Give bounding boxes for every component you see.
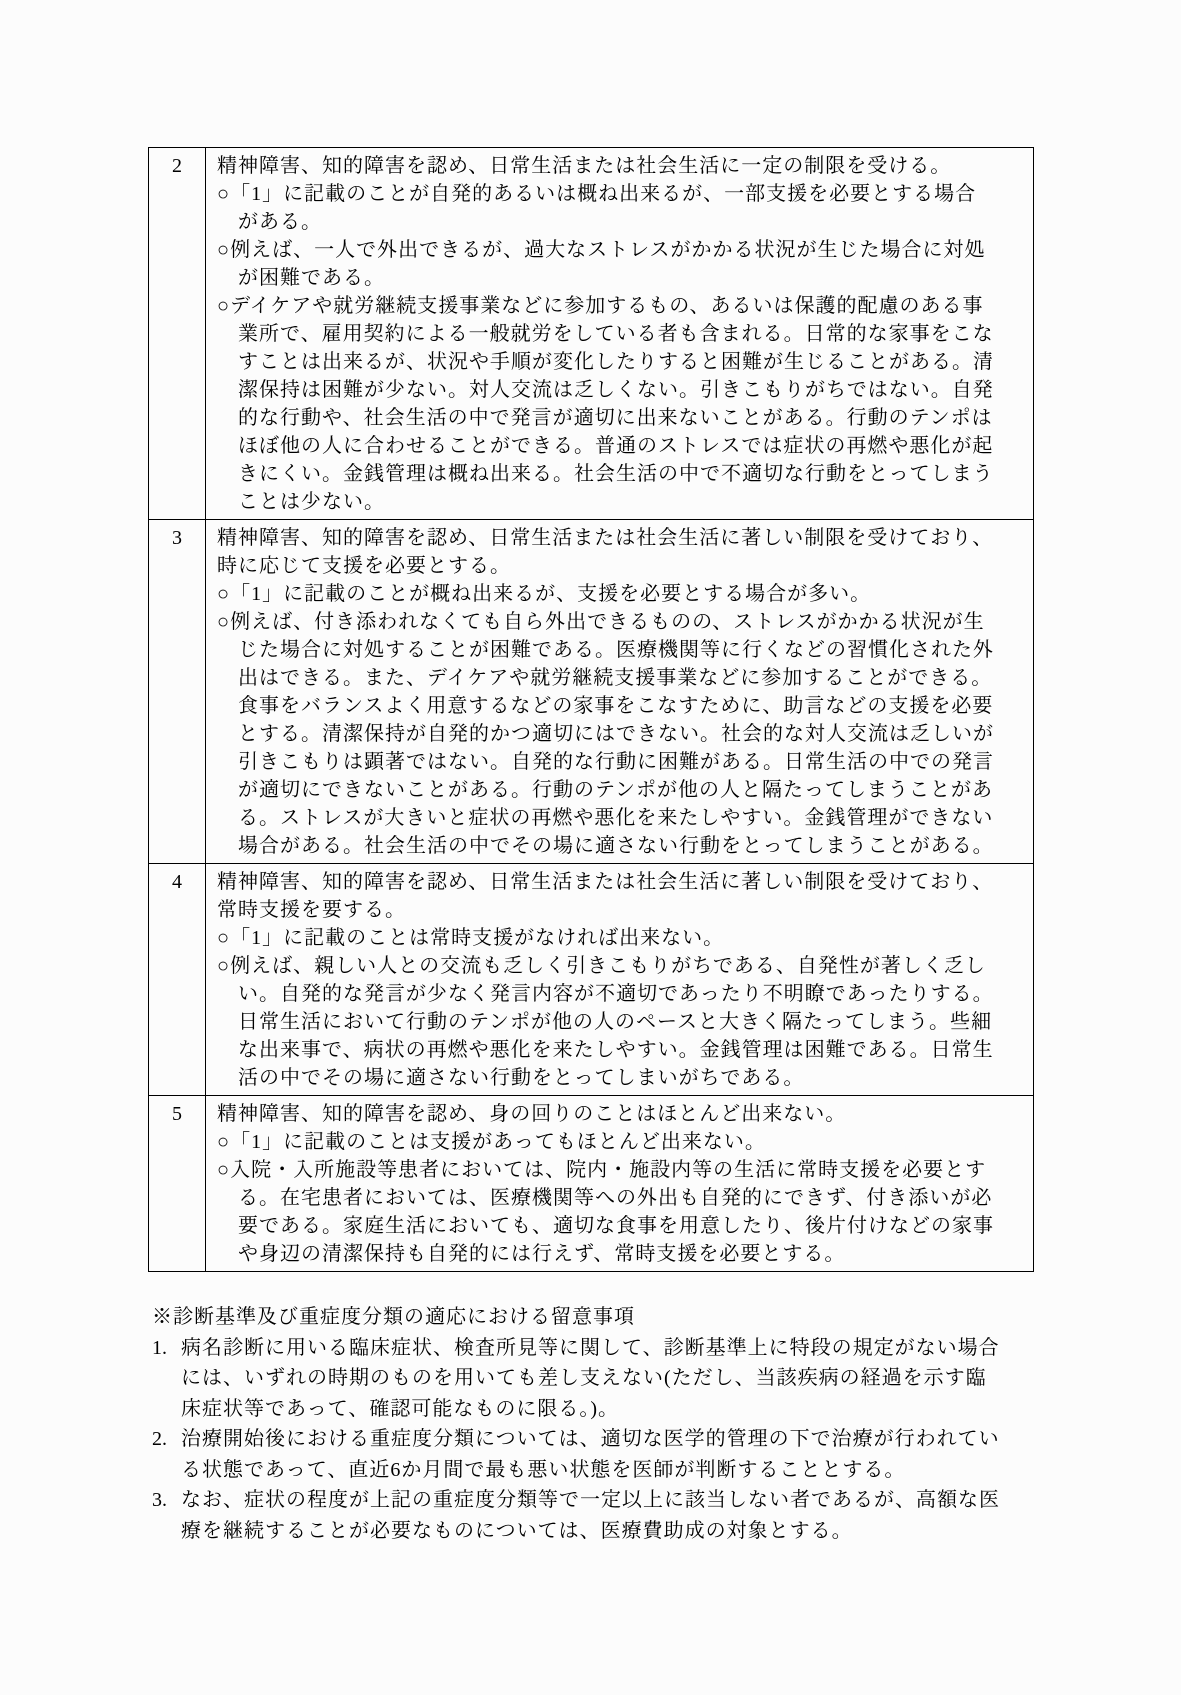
text-line: い。自発的な発言が少なく発言内容が不適切であったり不明瞭であったりする。 bbox=[238, 980, 1027, 1008]
text-line: ○「1」に記載のことは常時支援がなければ出来ない。 bbox=[217, 924, 1027, 952]
severity-row: 2 精神障害、知的障害を認め、日常生活または社会生活に一定の制限を受ける。 ○「… bbox=[149, 148, 1033, 519]
note-number: 1. bbox=[152, 1333, 181, 1425]
text-line: な出来事で、病状の再燃や悪化を来たしやすい。金銭管理は困難である。日常生 bbox=[238, 1036, 1027, 1064]
text-line: ○デイケアや就労継続支援事業などに参加するもの、あるいは保護的配慮のある事 bbox=[217, 292, 1027, 320]
text-line: 潔保持は困難が少ない。対人交流は乏しくない。引きこもりがちではない。自発 bbox=[238, 376, 1027, 404]
grade-cell: 5 bbox=[149, 1096, 206, 1271]
severity-row: 5 精神障害、知的障害を認め、身の回りのことはほとんど出来ない。 ○「1」に記載… bbox=[149, 1095, 1033, 1271]
document-page: 2 精神障害、知的障害を認め、日常生活または社会生活に一定の制限を受ける。 ○「… bbox=[0, 0, 1181, 1695]
text-line: 活の中でその場に適さない行動をとってしまいがちである。 bbox=[238, 1064, 1027, 1092]
text-line: ことは少ない。 bbox=[238, 488, 1027, 516]
text-line: 精神障害、知的障害を認め、日常生活または社会生活に著しい制限を受けており、 bbox=[217, 524, 1027, 552]
text-line: る。在宅患者においては、医療機関等への外出も自発的にできず、付き添いが必 bbox=[238, 1184, 1027, 1212]
text-line: ○例えば、一人で外出できるが、過大なストレスがかかる状況が生じた場合に対処 bbox=[217, 236, 1027, 264]
note-line: る状態であって、直近6か月間で最も悪い状態を医師が判断することとする。 bbox=[181, 1455, 1157, 1486]
text-line: 業所で、雇用契約による一般就労をしている者も含まれる。日常的な家事をこな bbox=[238, 320, 1027, 348]
text-line: 食事をバランスよく用意するなどの家事をこなすために、助言などの支援を必要 bbox=[238, 692, 1027, 720]
text-line: 場合がある。社会生活の中でその場に適さない行動をとってしまうことがある。 bbox=[238, 832, 1027, 860]
note-item: 2. 治療開始後における重症度分類については、適切な医学的管理の下で治療が行われ… bbox=[152, 1424, 1157, 1485]
text-line: ○例えば、親しい人との交流も乏しく引きこもりがちである、自発性が著しく乏し bbox=[217, 952, 1027, 980]
text-line: が困難である。 bbox=[238, 264, 1027, 292]
severity-classification-table: 2 精神障害、知的障害を認め、日常生活または社会生活に一定の制限を受ける。 ○「… bbox=[148, 147, 1034, 1272]
note-line: 治療開始後における重症度分類については、適切な医学的管理の下で治療が行われてい bbox=[181, 1424, 1157, 1455]
text-line: ○「1」に記載のことは支援があってもほとんど出来ない。 bbox=[217, 1128, 1027, 1156]
text-line: が適切にできないことがある。行動のテンポが他の人と隔たってしまうことがあ bbox=[238, 776, 1027, 804]
note-lines: 病名診断に用いる臨床症状、検査所見等に関して、診断基準上に特段の規定がない場合 … bbox=[181, 1333, 1157, 1425]
notes-heading: ※診断基準及び重症度分類の適応における留意事項 bbox=[152, 1302, 1157, 1333]
severity-row: 3 精神障害、知的障害を認め、日常生活または社会生活に著しい制限を受けており、 … bbox=[149, 519, 1033, 863]
note-line: 療を継続することが必要なものについては、医療費助成の対象とする。 bbox=[181, 1516, 1157, 1547]
text-line: 精神障害、知的障害を認め、日常生活または社会生活に一定の制限を受ける。 bbox=[217, 152, 1027, 180]
description-cell: 精神障害、知的障害を認め、身の回りのことはほとんど出来ない。 ○「1」に記載のこ… bbox=[206, 1096, 1033, 1271]
severity-row: 4 精神障害、知的障害を認め、日常生活または社会生活に著しい制限を受けており、 … bbox=[149, 863, 1033, 1095]
grade-cell: 2 bbox=[149, 148, 206, 519]
text-line: ○「1」に記載のことが自発的あるいは概ね出来るが、一部支援を必要とする場合 bbox=[217, 180, 1027, 208]
text-line: 日常生活において行動のテンポが他の人のペースと大きく隔たってしまう。些細 bbox=[238, 1008, 1027, 1036]
note-line: には、いずれの時期のものを用いても差し支えない(ただし、当該疾病の経過を示す臨 bbox=[181, 1363, 1157, 1394]
note-line: なお、症状の程度が上記の重症度分類等で一定以上に該当しない者であるが、高額な医 bbox=[181, 1485, 1157, 1516]
text-line: 時に応じて支援を必要とする。 bbox=[217, 552, 1027, 580]
text-line: すことは出来るが、状況や手順が変化したりすると困難が生じることがある。清 bbox=[238, 348, 1027, 376]
text-line: きにくい。金銭管理は概ね出来る。社会生活の中で不適切な行動をとってしまう bbox=[238, 460, 1027, 488]
note-lines: なお、症状の程度が上記の重症度分類等で一定以上に該当しない者であるが、高額な医 … bbox=[181, 1485, 1157, 1546]
text-line: とする。清潔保持が自発的かつ適切にはできない。社会的な対人交流は乏しいが bbox=[238, 720, 1027, 748]
description-cell: 精神障害、知的障害を認め、日常生活または社会生活に著しい制限を受けており、 時に… bbox=[206, 520, 1033, 863]
description-cell: 精神障害、知的障害を認め、日常生活または社会生活に著しい制限を受けており、 常時… bbox=[206, 864, 1033, 1095]
text-line: じた場合に対処することが困難である。医療機関等に行くなどの習慣化された外 bbox=[238, 636, 1027, 664]
text-line: ○例えば、付き添われなくても自ら外出できるものの、ストレスがかかる状況が生 bbox=[217, 608, 1027, 636]
note-line: 床症状等であって、確認可能なものに限る。)。 bbox=[181, 1394, 1157, 1425]
note-number: 2. bbox=[152, 1424, 181, 1485]
text-line: 出はできる。また、デイケアや就労継続支援事業などに参加することができる。 bbox=[238, 664, 1027, 692]
text-line: ○「1」に記載のことが概ね出来るが、支援を必要とする場合が多い。 bbox=[217, 580, 1027, 608]
note-number: 3. bbox=[152, 1485, 181, 1546]
text-line: る。ストレスが大きいと症状の再燃や悪化を来たしやすい。金銭管理ができない bbox=[238, 804, 1027, 832]
text-line: 的な行動や、社会生活の中で発言が適切に出来ないことがある。行動のテンポは bbox=[238, 404, 1027, 432]
text-line: ○入院・入所施設等患者においては、院内・施設内等の生活に常時支援を必要とす bbox=[217, 1156, 1027, 1184]
text-line: 精神障害、知的障害を認め、身の回りのことはほとんど出来ない。 bbox=[217, 1100, 1027, 1128]
notes-section: ※診断基準及び重症度分類の適応における留意事項 1. 病名診断に用いる臨床症状、… bbox=[152, 1302, 1157, 1546]
note-item: 3. なお、症状の程度が上記の重症度分類等で一定以上に該当しない者であるが、高額… bbox=[152, 1485, 1157, 1546]
notes-items: 1. 病名診断に用いる臨床症状、検査所見等に関して、診断基準上に特段の規定がない… bbox=[152, 1333, 1157, 1547]
text-line: 常時支援を要する。 bbox=[217, 896, 1027, 924]
text-line: 精神障害、知的障害を認め、日常生活または社会生活に著しい制限を受けており、 bbox=[217, 868, 1027, 896]
text-line: ほぼ他の人に合わせることができる。普通のストレスでは症状の再燃や悪化が起 bbox=[238, 432, 1027, 460]
text-line: 要である。家庭生活においても、適切な食事を用意したり、後片付けなどの家事 bbox=[238, 1212, 1027, 1240]
description-cell: 精神障害、知的障害を認め、日常生活または社会生活に一定の制限を受ける。 ○「1」… bbox=[206, 148, 1033, 519]
note-item: 1. 病名診断に用いる臨床症状、検査所見等に関して、診断基準上に特段の規定がない… bbox=[152, 1333, 1157, 1425]
text-line: や身辺の清潔保持も自発的には行えず、常時支援を必要とする。 bbox=[238, 1240, 1027, 1268]
note-lines: 治療開始後における重症度分類については、適切な医学的管理の下で治療が行われてい … bbox=[181, 1424, 1157, 1485]
grade-cell: 4 bbox=[149, 864, 206, 1095]
text-line: 引きこもりは顕著ではない。自発的な行動に困難がある。日常生活の中での発言 bbox=[238, 748, 1027, 776]
grade-cell: 3 bbox=[149, 520, 206, 863]
note-line: 病名診断に用いる臨床症状、検査所見等に関して、診断基準上に特段の規定がない場合 bbox=[181, 1333, 1157, 1364]
text-line: がある。 bbox=[238, 208, 1027, 236]
